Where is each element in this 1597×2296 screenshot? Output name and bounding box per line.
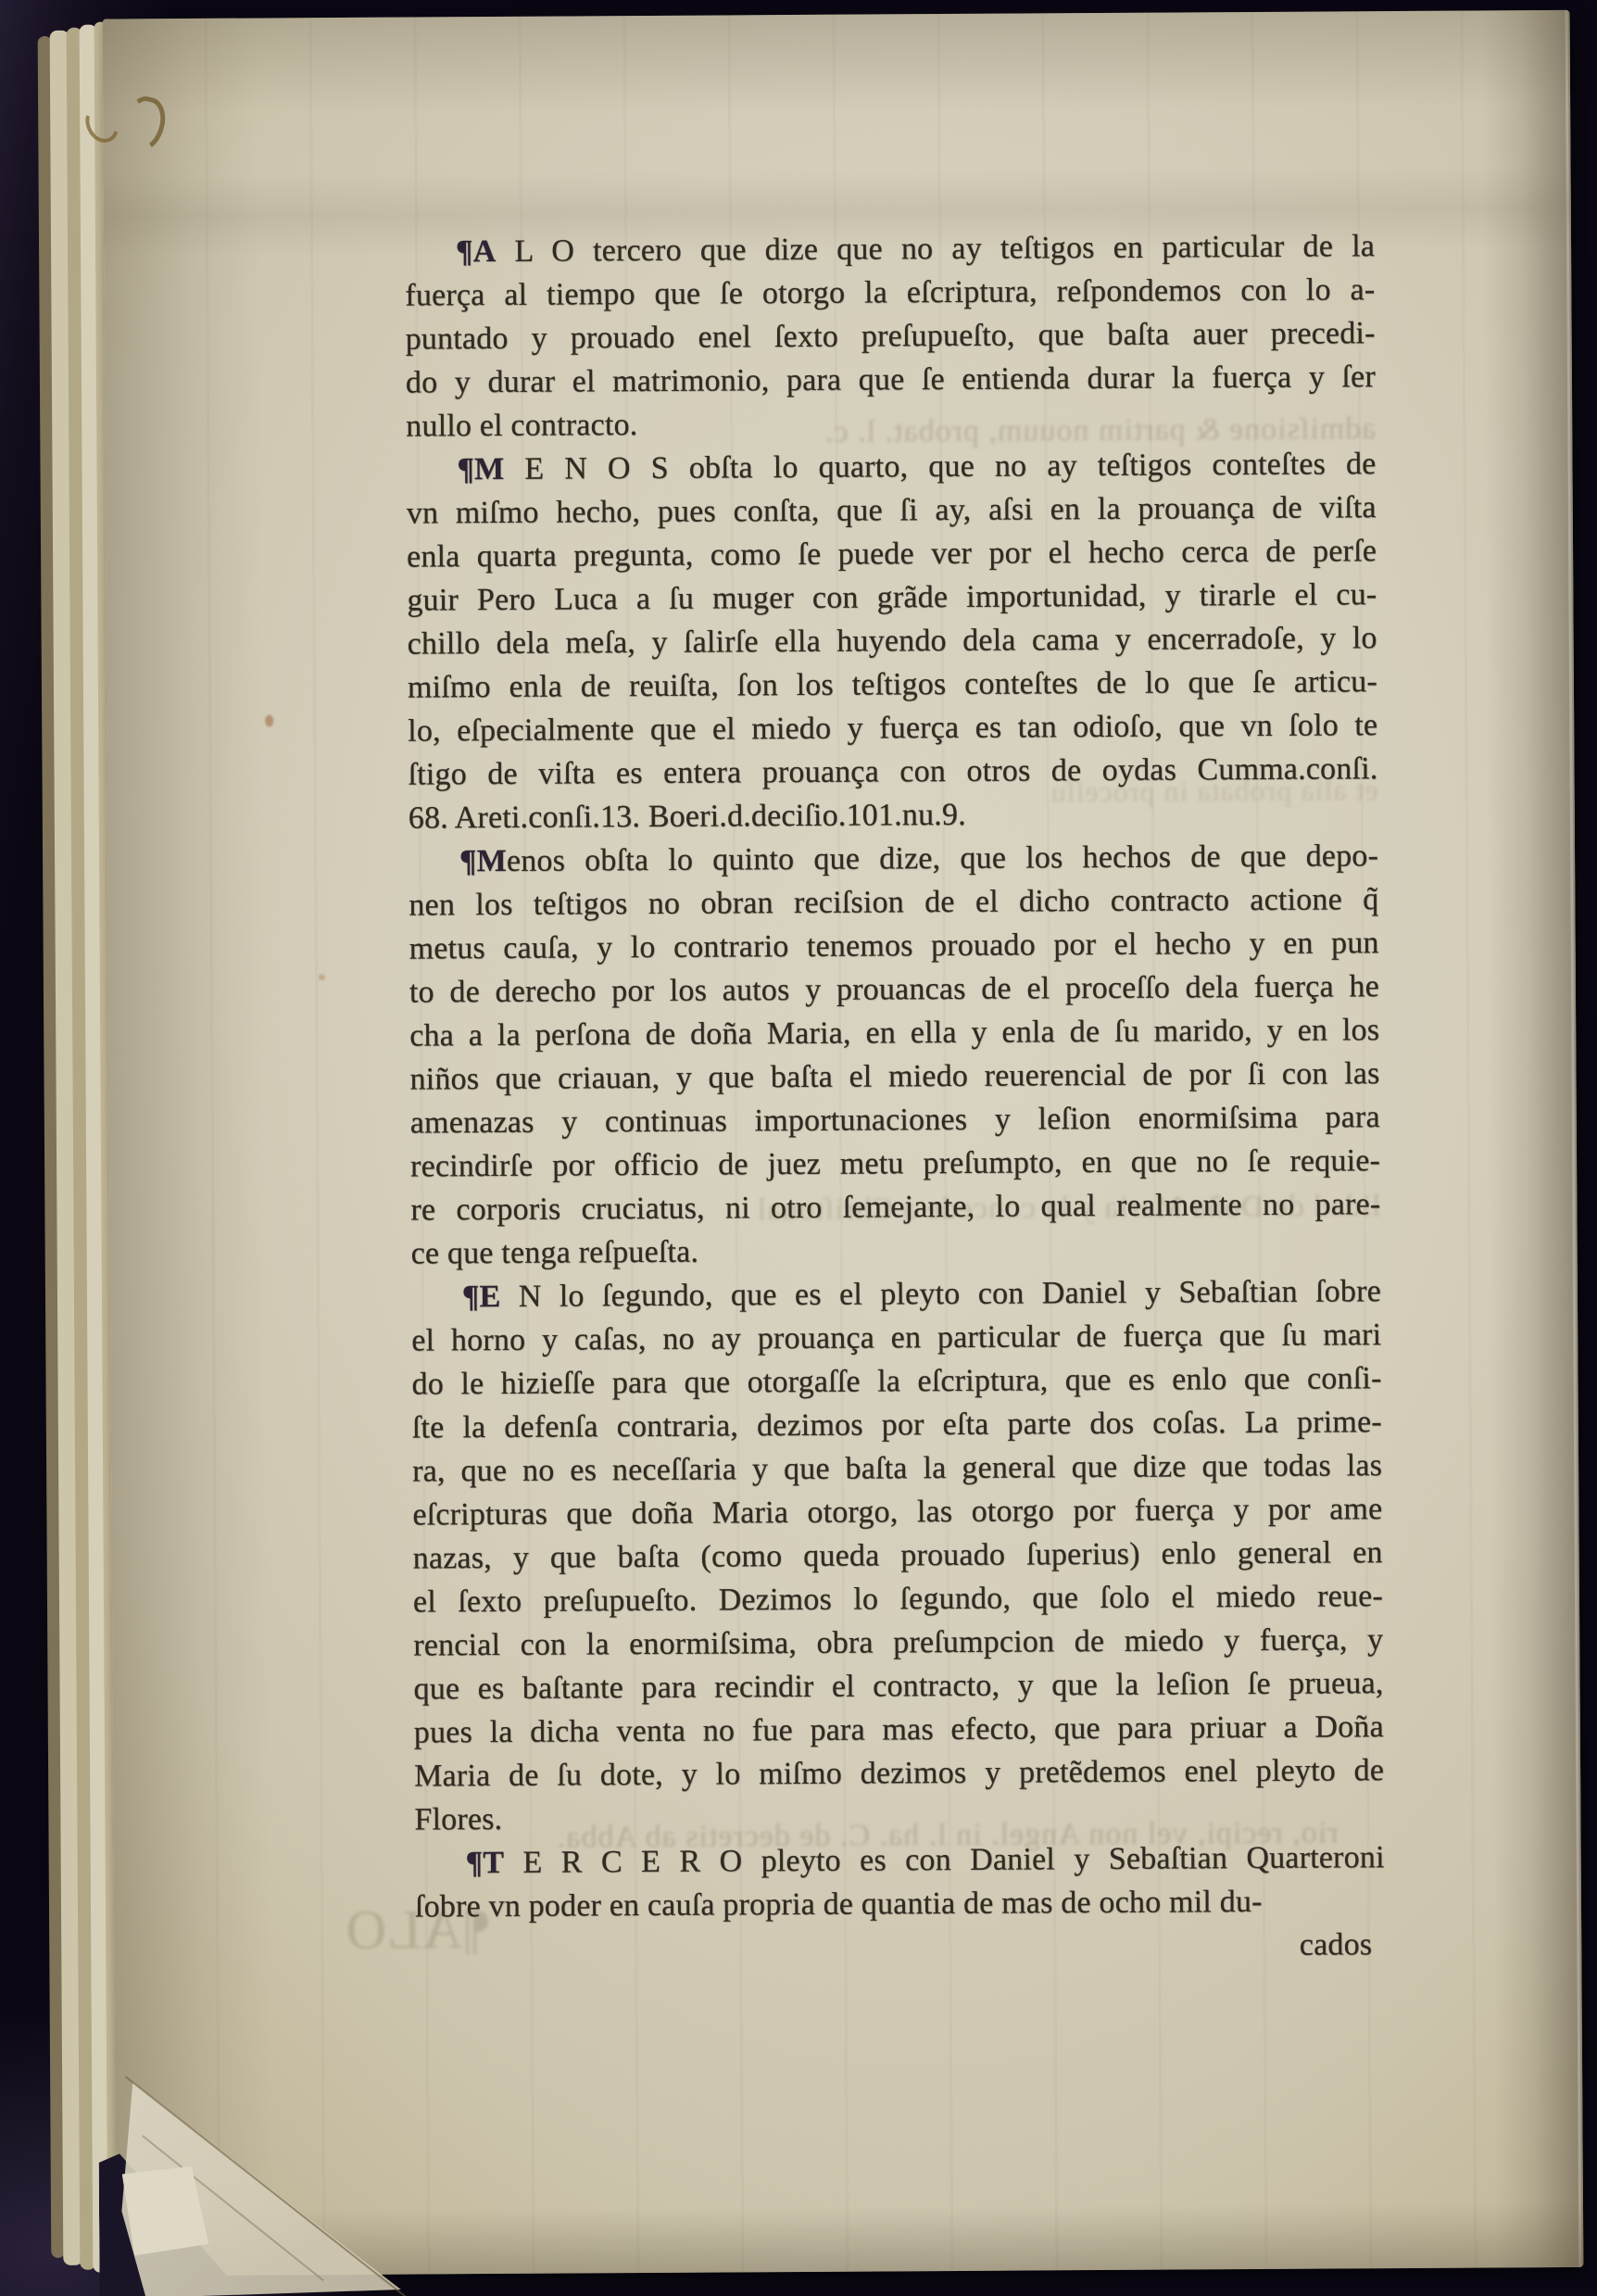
text-line: niños que criauan, y que baſta el miedo … [409,1052,1379,1101]
text-line: que es baſtante para recindir el contrac… [413,1661,1383,1710]
scan-background: admiſsione & partim nouum, probat. l. c.… [0,0,1597,2296]
text-line: re corporis cruciatus, ni otro ſemejante… [410,1182,1380,1231]
gutter-shadow [103,19,274,2277]
text-line: amenazas y continuas importunaciones y l… [410,1095,1380,1144]
paragraph: ¶A L O tercero que dize que no ay teſtig… [405,224,1376,448]
text-line: enla quarta pregunta, como ſe puede ver … [407,529,1377,578]
text-line: ¶M E N O S obſta lo quarto, que no ay te… [406,442,1376,491]
text-line: rencial con la enormiſsima, obra preſump… [413,1618,1383,1667]
paragraphs: ¶A L O tercero que dize que no ay teſtig… [405,224,1385,1928]
text-line: eſcripturas que doña Maria otorgo, las o… [412,1487,1382,1536]
book: admiſsione & partim nouum, probat. l. c.… [0,0,1597,2296]
text-line: ſtigo de viſta es entera prouança con ot… [408,747,1377,796]
text-line: chillo dela meſa, y ſalirſe ella huyendo… [408,616,1377,665]
text-line: ſobre vn poder en cauſa propria de quant… [415,1879,1385,1928]
paragraph: ¶E N lo ſegundo, que es el pleyto con Da… [411,1269,1385,1841]
text-line: Flores. [414,1792,1384,1841]
text-line: cha a la perſona de doña Maria, en ella … [409,1008,1379,1057]
text-line: do le hizieſſe para que otorgaſſe la eſc… [411,1356,1381,1406]
text-line: vn miſmo hecho, pues conſta, que ſi ay, … [407,486,1377,535]
paragraph: ¶T E R C E R O pleyto es con Daniel y Se… [415,1836,1386,1928]
text-line: recindirſe por officio de juez metu preſ… [410,1139,1380,1188]
text-line: guir Pero Luca a ſu muger con grãde impo… [407,573,1377,622]
text-line: nen los teſtigos no obran reciſsion de e… [409,877,1378,927]
text-line: ſte la defenſa contraria, dezimos por eſ… [412,1400,1382,1449]
text-line: ¶Menos obſta lo quinto que dize, que los… [409,834,1378,883]
text-line: nazas, y que baſta (como queda prouado ſ… [413,1531,1383,1580]
show-through-layer: admiſsione & partim nouum, probat. l. c.… [0,0,1590,5]
text-line: metus cauſa, y lo contrario tenemos prou… [409,921,1379,970]
text-line: 68. Areti.conſi.13. Boeri.d.deciſio.101.… [409,790,1378,839]
text-line: nullo el contracto. [406,398,1376,448]
text-line: ¶E N lo ſegundo, que es el pleyto con Da… [411,1269,1381,1318]
text-line: miſmo enla de reuiſta, ſon los teſtigos … [408,660,1377,709]
paragraph: ¶Menos obſta lo quinto que dize, que los… [409,834,1381,1275]
text-line: el horno y caſas, no ay prouança en part… [411,1313,1381,1362]
text-line: lo, eſpecialmente que el miedo y fuerça … [408,703,1377,752]
text-line: ce que tenga reſpueſta. [411,1226,1381,1275]
text-line: fuerça al tiempo que ſe otorgo la eſcrip… [405,268,1375,317]
text-line: do y durar el matrimonio, para que ſe en… [406,355,1376,404]
text-line: puntado y prouado enel ſexto preſupueſto… [406,311,1376,360]
text-line: el ſexto preſupueſto. Dezimos lo ſegundo… [413,1574,1383,1623]
text-line: Maria de ſu dote, y lo miſmo dezimos y p… [414,1748,1384,1798]
text-line: pues la dicha venta no fue para mas efec… [414,1705,1384,1754]
text-block: ¶A L O tercero que dize que no ay teſtig… [405,224,1385,1972]
paragraph: ¶M E N O S obſta lo quarto, que no ay te… [406,442,1378,839]
text-line: to de derecho por los autos y prouancas … [409,965,1379,1014]
text-line: ¶T E R C E R O pleyto es con Daniel y Se… [415,1836,1385,1885]
catchword: cados [415,1923,1385,1972]
top-shadow [103,10,1571,168]
text-line: ra, que no es neceſſaria y que baſta la … [412,1444,1382,1493]
text-line: ¶A L O tercero que dize que no ay teſtig… [405,224,1375,273]
